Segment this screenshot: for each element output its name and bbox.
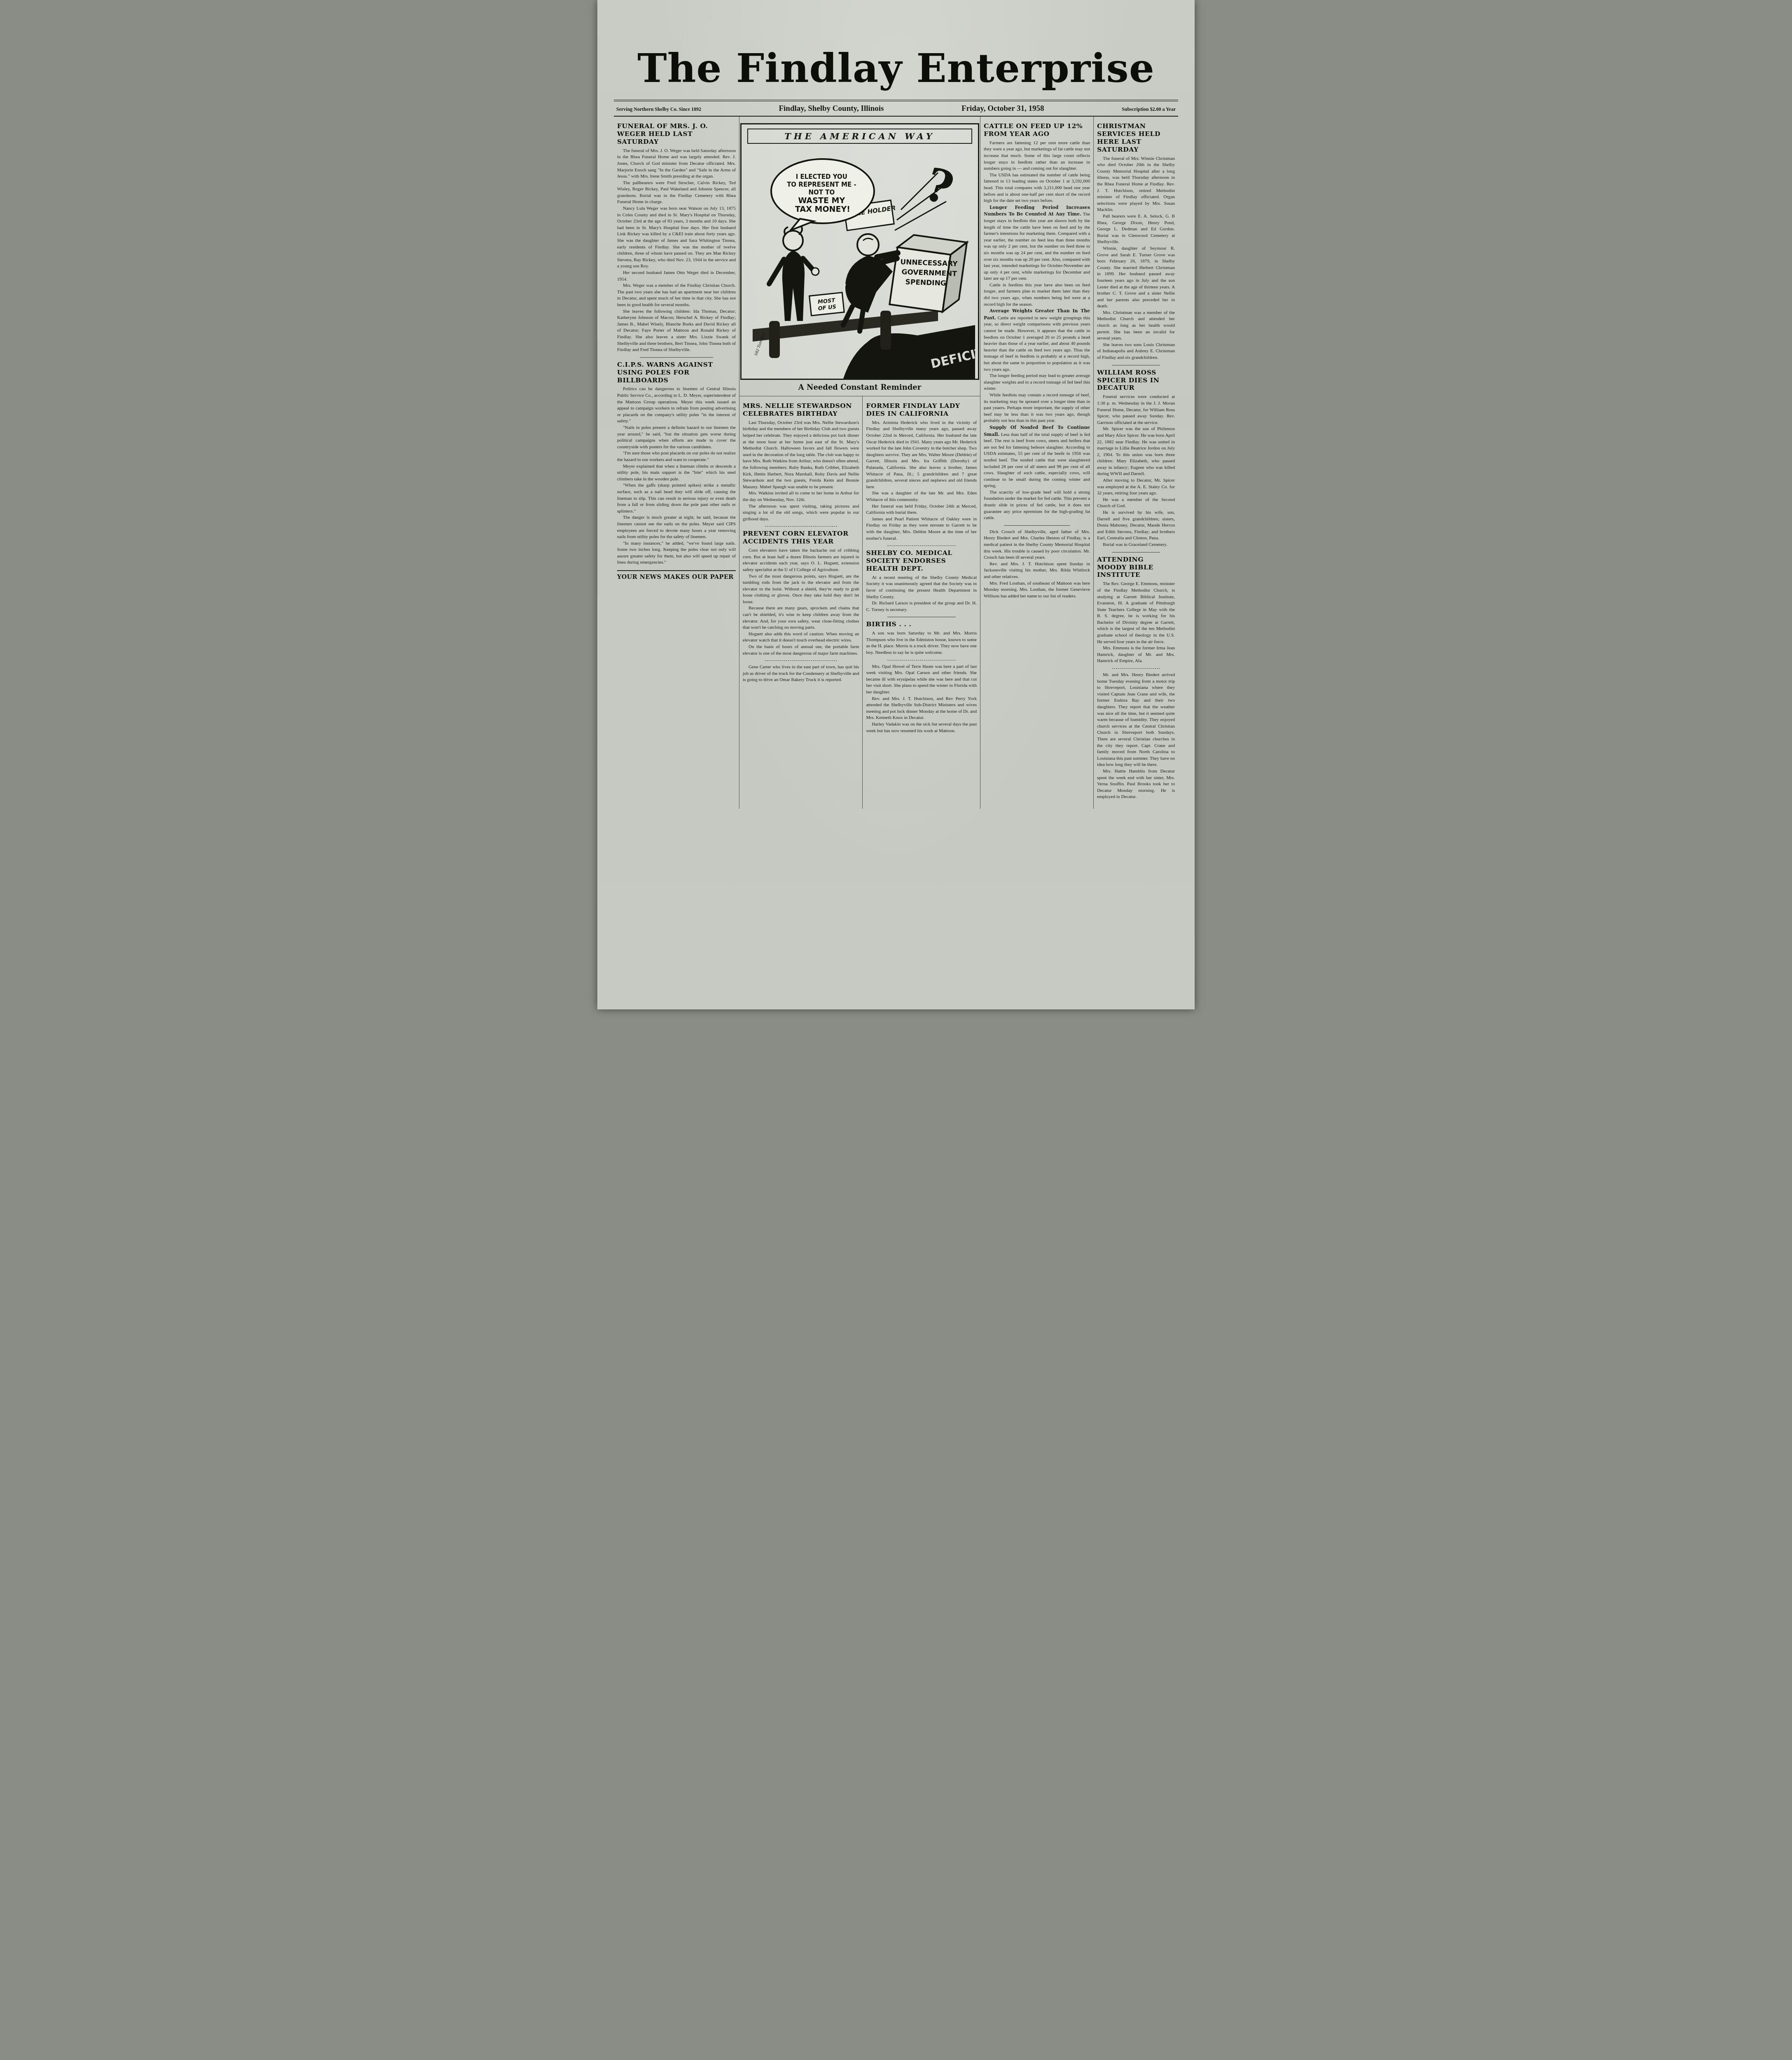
article-body: A son was born Saturday to Mr. and Mrs. …: [866, 630, 977, 656]
paragraph: The danger is much greater at night, he …: [617, 515, 736, 540]
paragraph: After moving to Decatur, Mr. Spicer was …: [1097, 478, 1175, 497]
cutline-divider: [765, 526, 837, 527]
article-moody-bible: ATTENDING MOODY BIBLE INSTITUTE The Rev.…: [1097, 556, 1175, 665]
paragraph: The pallbearers were Fred Strocher, Calv…: [617, 180, 736, 206]
paragraph: "When the gaffs (sharp pointed spikes) s…: [617, 482, 736, 515]
paragraph: Gene Carter who lives in the east part o…: [743, 664, 859, 684]
paragraph: Mrs. Emmons is the former Irma Jean Hamr…: [1097, 645, 1175, 665]
briefs-col3: Mrs. Opal Howel of Terre Haute was here …: [866, 664, 977, 735]
paragraph: Her funeral was held Friday, October 24t…: [866, 503, 977, 516]
cutline-divider: [765, 660, 837, 661]
paragraph: "In many instances," he added, "we've fo…: [617, 541, 736, 566]
paragraph: Last Thursday, October 23rd was Mrs. Nel…: [743, 420, 859, 491]
paragraph: Mrs. Weger was a member of the Findlay C…: [617, 283, 736, 308]
editorial-cartoon: THE AMERICAN WAY DEFICIT UN: [740, 123, 979, 380]
briefs-col4: Dick Crouch of Shelbyville, aged father …: [984, 529, 1090, 600]
columns-container: FUNERAL OF MRS. J. O. WEGER HELD LAST SA…: [614, 117, 1178, 809]
paragraph: Average Weights Greater Than In The Past…: [984, 308, 1090, 373]
slogan: Serving Northern Shelby Co. Since 1892: [616, 106, 701, 112]
paragraph: She was a daughter of the late Mr. and M…: [866, 490, 977, 503]
paragraph: Pall bearers were E. A. Selock, G. B Rhe…: [1097, 213, 1175, 246]
article-corn-elevator: PREVENT CORN ELEVATOR ACCIDENTS THIS YEA…: [743, 530, 859, 657]
most-of-us-sign: MOSTOF US: [809, 293, 845, 316]
paragraph: The Rev. George E. Emmons, minister of t…: [1097, 581, 1175, 645]
middle-section: THE AMERICAN WAY DEFICIT UN: [739, 117, 980, 809]
article-body: Mr. and Mrs. Henry Biedert arrived home …: [1097, 672, 1175, 801]
article-body: Corn elevators have taken the backache o…: [743, 548, 859, 657]
paragraph: Dr. Richard Larson is president of the g…: [866, 600, 977, 613]
paragraph: "Nails in poles present a definite hazar…: [617, 425, 736, 450]
paragraph: Mr. Spicer was the son of Philemon and M…: [1097, 426, 1175, 478]
newspaper-page: The Findlay Enterprise Serving Northern …: [597, 0, 1195, 1009]
place-line: Findlay, Shelby County, Illinois: [779, 104, 884, 113]
paragraph: She leaves the following children: Ida T…: [617, 309, 736, 353]
cartoon-title: THE AMERICAN WAY: [747, 129, 972, 144]
article-body: Politics can be dangerous to linemen of …: [617, 386, 736, 566]
paragraph: Mrs. Watkins invited all to come to her …: [743, 490, 859, 503]
cutline-divider: [887, 660, 956, 660]
article-cattle-on-feed: CATTLE ON FEED UP 12% FROM YEAR AGO Farm…: [984, 122, 1090, 522]
article-body: The Rev. George E. Emmons, minister of t…: [1097, 581, 1175, 665]
paragraph: Mrs. Fred Louthan, of southeast of Matto…: [984, 581, 1090, 600]
cutline-divider: [1004, 525, 1070, 526]
column-3: FORMER FINDLAY LADY DIES IN CALIFORNIA M…: [863, 396, 980, 809]
paragraph: Cattle in feedlots this year have also b…: [984, 282, 1090, 308]
paragraph: Rev. and Mrs. J. T. Hutchison, and Rev P…: [866, 696, 977, 721]
paragraph: Because there are many gears, sprockets …: [743, 605, 859, 631]
column-5: CHRISTMAN SERVICES HELD HERE LAST SATURD…: [1094, 117, 1178, 809]
article-hederick-obit: FORMER FINDLAY LADY DIES IN CALIFORNIA M…: [866, 402, 977, 542]
paragraph: Corn elevators have taken the backache o…: [743, 548, 859, 573]
datebar: Serving Northern Shelby Co. Since 1892 F…: [614, 100, 1178, 117]
cutline-divider: [887, 545, 956, 546]
masthead: The Findlay Enterprise: [597, 0, 1195, 88]
subscription-price: Subscription $2.00 a Year: [1122, 106, 1176, 112]
paragraph: Mrs. Opal Howel of Terre Haute was here …: [866, 664, 977, 696]
your-news-footer: YOUR NEWS MAKES OUR PAPER: [617, 570, 736, 581]
paragraph: Burial was in Graceland Cemetery.: [1097, 542, 1175, 548]
paragraph: Mrs. Hattie Hamblin from Decatur spent t…: [1097, 768, 1175, 801]
paragraph: At a recent meeting of the Shelby County…: [866, 575, 977, 600]
article-body: The funeral of Mrs. Winnie Christman who…: [1097, 156, 1175, 361]
article-body: Dick Crouch of Shelbyville, aged father …: [984, 529, 1090, 600]
paragraph: Harley Vadakin was on the sick list seve…: [866, 721, 977, 734]
article-spicer-obit: WILLIAM ROSS SPICER DIES IN DECATUR Fune…: [1097, 369, 1175, 548]
spending-block: UNNECESSARY GOVERNMENT SPENDING: [889, 233, 967, 314]
article-headline: BIRTHS . . .: [866, 620, 977, 628]
article-body: Farmers are fattening 12 per cent more c…: [984, 140, 1090, 522]
paragraph: Nancy Lula Weger was born near Watson on…: [617, 206, 736, 270]
article-body: Mrs. Arminta Hederick who lived in the v…: [866, 420, 977, 542]
article-headline: CHRISTMAN SERVICES HELD HERE LAST SATURD…: [1097, 122, 1175, 154]
paragraph: Dick Crouch of Shelbyville, aged father …: [984, 529, 1090, 561]
paragraph: Hogsett also adds this word of caution: …: [743, 631, 859, 644]
cutline-divider: [887, 617, 956, 617]
article-body: Gene Carter who lives in the east part o…: [743, 664, 859, 684]
article-stewardson-birthday: MRS. NELLIE STEWARDSON CELEBRATES BIRTHD…: [743, 402, 859, 522]
paragraph: James and Pearl Patient Whitacre of Oakl…: [866, 516, 977, 542]
paragraph: Her second husband James Otto Weger died…: [617, 270, 736, 283]
paragraph: The USDA has estimated the number of cat…: [984, 172, 1090, 204]
paragraph: Rev. and Mrs. J. T. Hutchison spent Sund…: [984, 561, 1090, 581]
paragraph: A son was born Saturday to Mr. and Mrs. …: [866, 630, 977, 656]
paragraph: The scarcity of low-grade beef will hold…: [984, 489, 1090, 522]
article-body: Last Thursday, October 23rd was Mrs. Nel…: [743, 420, 859, 523]
paragraph: On the basis of hours of annual use, the…: [743, 644, 859, 657]
paragraph: She leaves two sons Louis Christman of I…: [1097, 342, 1175, 361]
paragraph: The afternoon was spent visiting, taking…: [743, 503, 859, 523]
paragraph: He is survived by his wife, son, Darrell…: [1097, 510, 1175, 542]
paragraph: Mr. and Mrs. Henry Biedert arrived home …: [1097, 672, 1175, 768]
article-christman-services: CHRISTMAN SERVICES HELD HERE LAST SATURD…: [1097, 122, 1175, 361]
article-headline: FUNERAL OF MRS. J. O. WEGER HELD LAST SA…: [617, 122, 736, 146]
paragraph: Mrs. Christman was a member of the Metho…: [1097, 310, 1175, 342]
cutline-divider: [1112, 668, 1160, 669]
article-births: BIRTHS . . . A son was born Saturday to …: [866, 620, 977, 656]
article-headline: MRS. NELLIE STEWARDSON CELEBRATES BIRTHD…: [743, 402, 859, 418]
paper-title: The Findlay Enterprise: [597, 49, 1195, 88]
column-1: FUNERAL OF MRS. J. O. WEGER HELD LAST SA…: [614, 117, 739, 809]
article-headline: WILLIAM ROSS SPICER DIES IN DECATUR: [1097, 369, 1175, 392]
cartoon-drawing-icon: DEFICIT UNNECESSARY GOVERNMENT SPENDING: [744, 148, 975, 379]
cutline-divider: [640, 357, 714, 358]
paragraph: The funeral of Mrs. J. O. Weger was held…: [617, 148, 736, 180]
svg-text:MOSTOF US: MOSTOF US: [817, 297, 836, 312]
paragraph: While feedlots may contain a record tonn…: [984, 392, 1090, 424]
paragraph: Meyer explained that when a lineman clim…: [617, 463, 736, 483]
paragraph: Politics can be dangerous to linemen of …: [617, 386, 736, 425]
article-body: Funeral services were conducted at 1:30 …: [1097, 394, 1175, 548]
column-4: CATTLE ON FEED UP 12% FROM YEAR AGO Farm…: [980, 117, 1094, 809]
middle-columns: MRS. NELLIE STEWARDSON CELEBRATES BIRTHD…: [739, 396, 980, 809]
article-headline: CATTLE ON FEED UP 12% FROM YEAR AGO: [984, 122, 1090, 138]
article-headline: ATTENDING MOODY BIBLE INSTITUTE: [1097, 556, 1175, 579]
article-headline: C.I.P.S. WARNS AGAINST USING POLES FOR B…: [617, 361, 736, 384]
article-headline: PREVENT CORN ELEVATOR ACCIDENTS THIS YEA…: [743, 530, 859, 545]
paragraph: He was a member of the Second Church of …: [1097, 497, 1175, 510]
article-headline: SHELBY CO. MEDICAL SOCIETY ENDORSES HEAL…: [866, 549, 977, 573]
paragraph: Longer Feeding Period Increases Numbers …: [984, 204, 1090, 282]
article-cips-warns: C.I.P.S. WARNS AGAINST USING POLES FOR B…: [617, 361, 736, 566]
paragraph: "I'm sure those who post placards on our…: [617, 450, 736, 463]
article-body: Mrs. Opal Howel of Terre Haute was here …: [866, 664, 977, 735]
paragraph: Farmers are fattening 12 per cent more c…: [984, 140, 1090, 172]
issue-date: Friday, October 31, 1958: [962, 104, 1044, 113]
article-headline: FORMER FINDLAY LADY DIES IN CALIFORNIA: [866, 402, 977, 418]
paragraph: Two of the most dangerous points, says H…: [743, 574, 859, 606]
cartoon-caption: A Needed Constant Reminder: [739, 383, 980, 392]
paragraph: Funeral services were conducted at 1:30 …: [1097, 394, 1175, 426]
paragraph: The longer feeding period may lead to gr…: [984, 373, 1090, 392]
paragraph: The funeral of Mrs. Winnie Christman who…: [1097, 156, 1175, 213]
cutline-divider: [1112, 365, 1160, 365]
article-medical-society: SHELBY CO. MEDICAL SOCIETY ENDORSES HEAL…: [866, 549, 977, 613]
brief-gene-carter: Gene Carter who lives in the east part o…: [743, 664, 859, 684]
paragraph: Winnie, daughter of Seymour R. Grove and…: [1097, 246, 1175, 310]
column-2: MRS. NELLIE STEWARDSON CELEBRATES BIRTHD…: [739, 396, 863, 809]
article-body: At a recent meeting of the Shelby County…: [866, 575, 977, 613]
paragraph: Mrs. Arminta Hederick who lived in the v…: [866, 420, 977, 491]
article-body: The funeral of Mrs. J. O. Weger was held…: [617, 148, 736, 353]
paragraph: Supply Of Nonfed Beef To Continue Small.…: [984, 424, 1090, 489]
article-weger-funeral: FUNERAL OF MRS. J. O. WEGER HELD LAST SA…: [617, 122, 736, 353]
briefs-col5: Mr. and Mrs. Henry Biedert arrived home …: [1097, 672, 1175, 801]
cutline-divider: [1112, 552, 1160, 552]
